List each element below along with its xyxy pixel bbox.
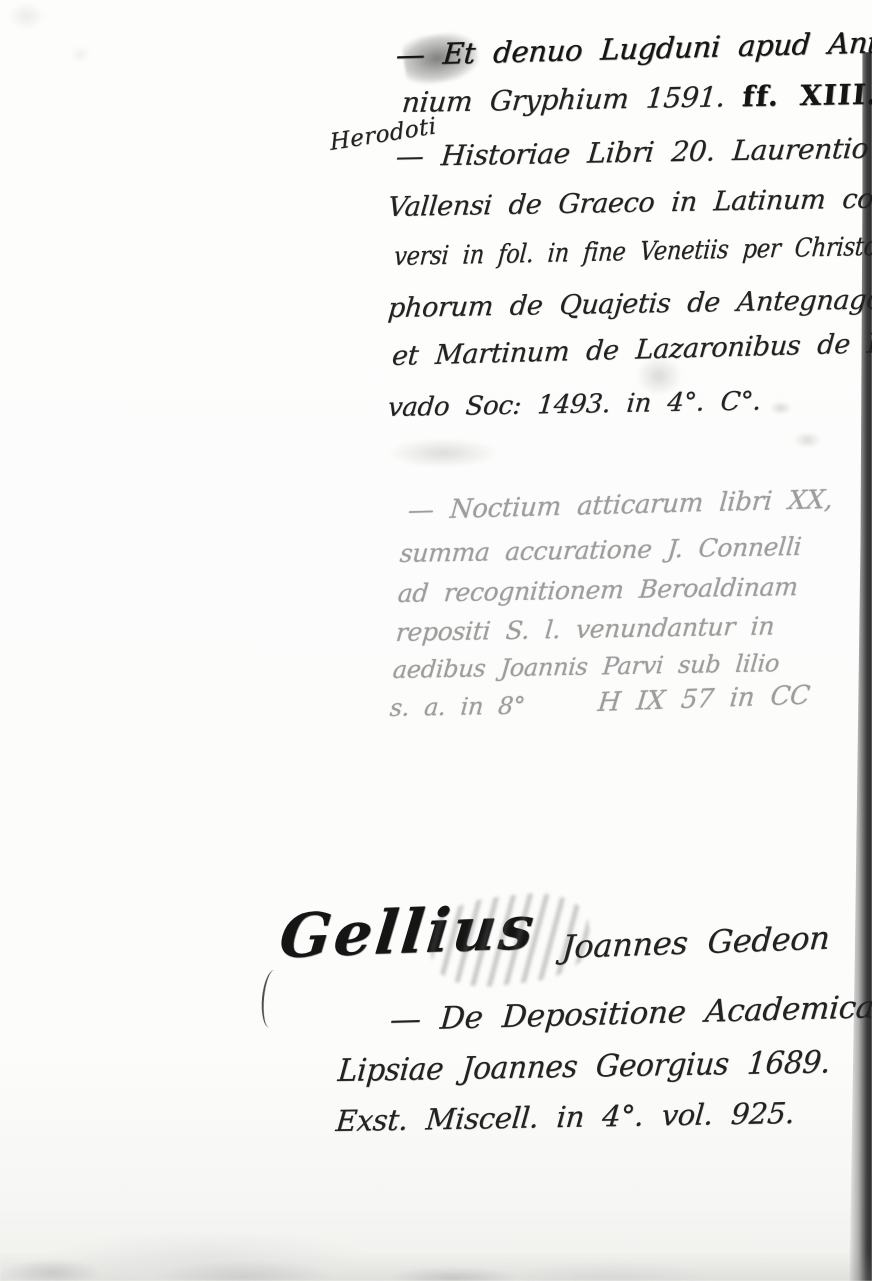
- herodotus-line-4: phorum de Quajetis de Antegnago,: [387, 284, 872, 324]
- herodotus-line-1: — Historiae Libri 20. Laurentio: [395, 132, 870, 173]
- herodotus-line-2: Vallensi de Graeco in Latinum con-: [387, 183, 872, 223]
- pencil-line-3: ad recognitionem Beroaldinam: [397, 572, 799, 608]
- manuscript-page: — Et denuo Lugduni apud Anto- nium Gryph…: [0, 0, 872, 1281]
- pencil-line-5: aedibus Joannis Parvi sub lilio: [392, 649, 781, 684]
- gellius-line-3: Exst. Miscell. in 4°. vol. 925.: [335, 1096, 796, 1138]
- pencil-smudge: [388, 438, 498, 468]
- gellius-author: Joannes Gedeon: [561, 919, 831, 966]
- gellius-line-2: Lipsiae Joannes Georgius 1689.: [336, 1044, 831, 1089]
- herodotus-line-5: et Martinum de Lazaronibus de Ro-: [391, 327, 872, 372]
- gryphius-line-2-script: nium Gryphium 1591.: [401, 80, 727, 119]
- gellius-line-1: — De Depositione Academica: [389, 989, 872, 1038]
- pencil-line-2: summa accuratione J. Connelli: [399, 532, 803, 568]
- stray-pen-mark: [260, 969, 285, 1029]
- pencil-smudge: [758, 392, 834, 456]
- gryphius-line-2: nium Gryphium 1591. ff. XIII. 8.: [401, 77, 872, 119]
- pencil-line-4: repositi S. l. venundantur in: [395, 611, 776, 647]
- herodotus-line-6: vado Soc: 1493. in 4°. C°.: [387, 386, 762, 423]
- bottom-edge-stain: [0, 1176, 872, 1281]
- pencil-line-6: s. a. in 8°: [389, 692, 526, 722]
- pencil-line-1: — Noctium atticarum libri XX,: [407, 485, 834, 526]
- pencil-smudge: [636, 356, 682, 396]
- corner-stain: [4, 2, 94, 72]
- herodotus-line-3: versi in fol. in fine Venetiis per Chris…: [393, 232, 872, 272]
- gryphius-line-2-roman: ff. XIII. 8.: [741, 77, 872, 113]
- pencil-shelfmark: H IX 57 in CC: [596, 681, 811, 719]
